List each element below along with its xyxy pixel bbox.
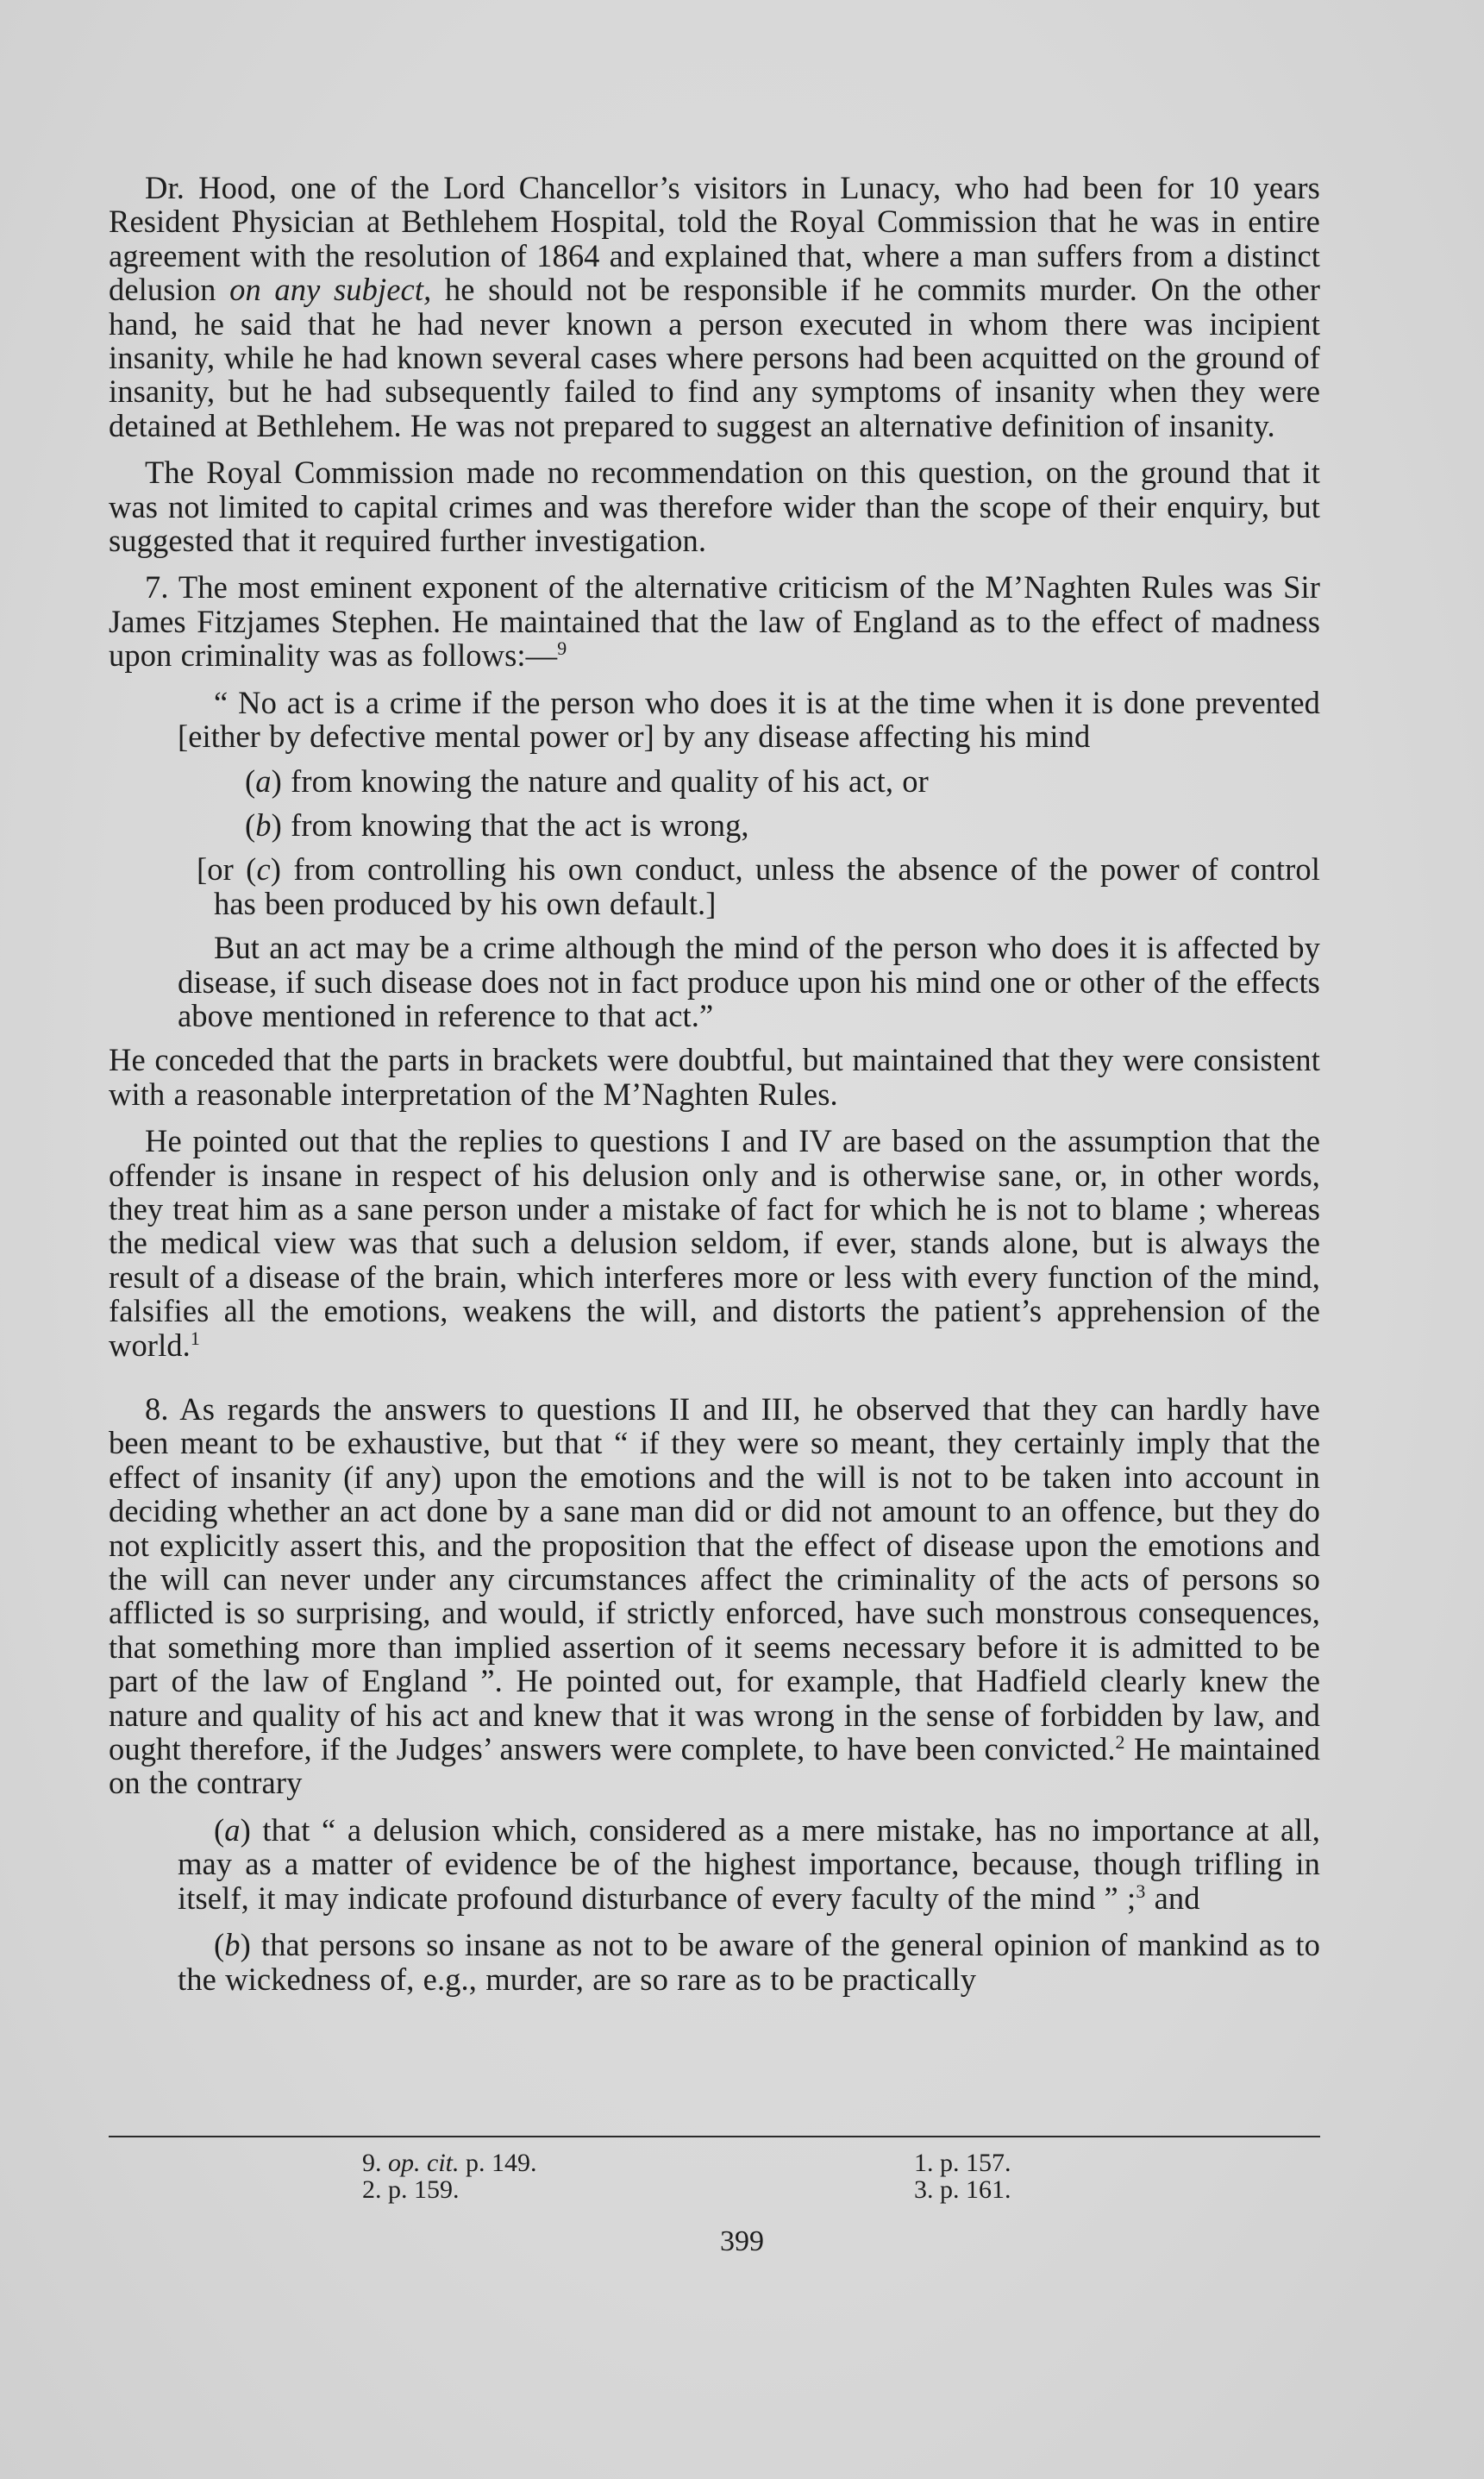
footnote-1: 1. p. 157. xyxy=(914,2150,1011,2176)
paragraph-section-8: 8. As regards the answers to questions I… xyxy=(109,1392,1320,1800)
item-text: ) from controlling his own conduct, unle… xyxy=(214,851,1320,920)
footnote-reference[interactable]: 9 xyxy=(557,637,567,659)
paragraph-pointed-out: He pointed out that the replies to quest… xyxy=(109,1124,1320,1362)
item-label: a xyxy=(255,763,271,799)
item-label: b xyxy=(255,807,271,843)
footnote-reference[interactable]: 3 xyxy=(1136,1880,1145,1902)
item-text: from knowing the nature and quality of h… xyxy=(291,763,929,799)
item-text: from knowing that the act is wrong, xyxy=(291,807,749,843)
page-body: Dr. Hood, one of the Lord Chancellor’s v… xyxy=(109,171,1320,2009)
item-text: that persons so insane as not to be awar… xyxy=(178,1927,1320,1996)
footnote-number: 9. xyxy=(362,2149,388,2177)
item-label: a xyxy=(224,1812,240,1848)
quote-closing: But an act may be a crime although the m… xyxy=(178,931,1320,1032)
paragraph-text: 8. As regards the answers to questions I… xyxy=(109,1391,1320,1767)
paragraph-royal-commission: The Royal Commission made no recommendat… xyxy=(109,455,1320,557)
footnote-text: p. 149. xyxy=(460,2149,537,2177)
footnote-divider xyxy=(109,2136,1320,2137)
footnote-reference[interactable]: 2 xyxy=(1116,1731,1125,1753)
paragraph-conceded: He conceded that the parts in brackets w… xyxy=(109,1043,1320,1111)
item-label: c xyxy=(256,851,270,887)
footnote-reference[interactable]: 1 xyxy=(191,1327,200,1348)
footnote-9: 9. op. cit. p. 149. xyxy=(362,2150,537,2176)
footnote-3: 3. p. 161. xyxy=(914,2176,1011,2203)
item-text: and xyxy=(1145,1880,1199,1916)
emphasis-text: on any subject, xyxy=(229,272,431,307)
quote-item-c: [or (c) from controlling his own conduct… xyxy=(178,852,1320,920)
footnotes-left-column: 9. op. cit. p. 149. 2. p. 159. xyxy=(362,2150,537,2203)
item-prefix: [or ( xyxy=(197,851,256,887)
footnotes-right-column: 1. p. 157. 3. p. 161. xyxy=(914,2150,1011,2203)
paragraph-dr-hood: Dr. Hood, one of the Lord Chancellor’s v… xyxy=(109,171,1320,442)
paragraph-text: He pointed out that the replies to quest… xyxy=(109,1123,1320,1362)
item-label: b xyxy=(224,1927,240,1962)
contrary-points: (a) that “ a delusion which, considered … xyxy=(109,1813,1320,1996)
quote-item-b: (b) from knowing that the act is wrong, xyxy=(178,808,1320,842)
footnote-italic: op. cit. xyxy=(388,2149,460,2177)
quote-item-a: (a) from knowing the nature and quality … xyxy=(178,764,1320,798)
contrary-point-b: (b) that persons so insane as not to be … xyxy=(178,1928,1320,1996)
paragraph-text: 7. The most eminent exponent of the alte… xyxy=(109,569,1320,673)
page-number: 399 xyxy=(0,2225,1484,2258)
footnote-2: 2. p. 159. xyxy=(362,2176,537,2203)
contrary-point-a: (a) that “ a delusion which, considered … xyxy=(178,1813,1320,1915)
quote-intro: “ No act is a crime if the person who do… xyxy=(178,686,1320,754)
paragraph-gap xyxy=(109,1375,1320,1392)
stephen-quotation: “ No act is a crime if the person who do… xyxy=(109,686,1320,1033)
paragraph-section-7: 7. The most eminent exponent of the alte… xyxy=(109,570,1320,672)
